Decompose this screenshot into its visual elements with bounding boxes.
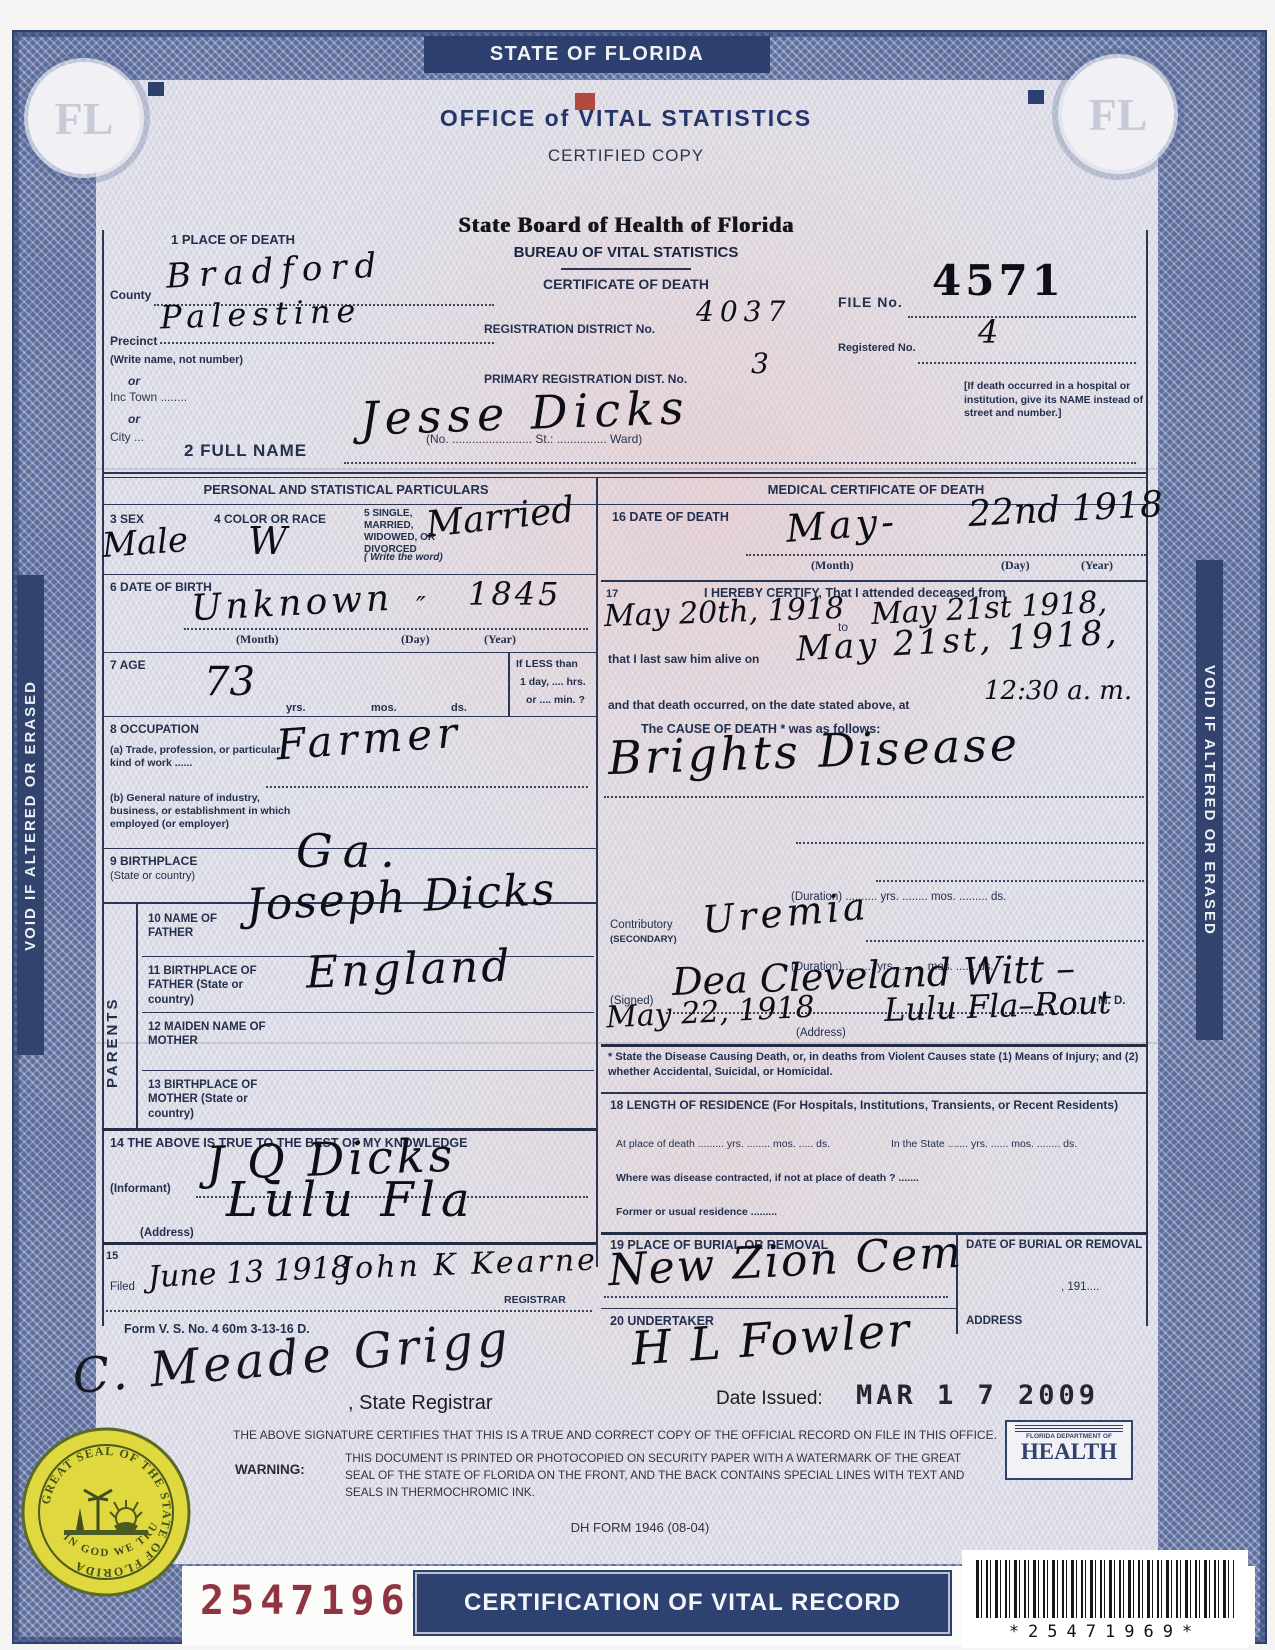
signed-row-line	[601, 1044, 1148, 1047]
date-of-death-line	[746, 554, 1146, 556]
warning-label: WARNING:	[235, 1462, 305, 1477]
full-name-line	[344, 462, 1136, 464]
less-than-line-2: 1 day, .... hrs.	[520, 676, 586, 689]
barcode-text: *25471969*	[962, 1622, 1248, 1642]
section-divider-1	[102, 472, 1148, 474]
barcode-icon	[976, 1560, 1234, 1618]
inc-town-label: Inc Town ........	[110, 390, 187, 405]
full-name-value: Jesse Dicks	[359, 384, 690, 441]
health-department-logo: FLORIDA DEPARTMENT OF HEALTH	[1005, 1420, 1133, 1480]
dob-cap-month: (Month)	[236, 632, 279, 647]
age-unit-yrs: yrs.	[286, 702, 306, 716]
footnote-row-line	[601, 1092, 1148, 1094]
marital-note: ( Write the word)	[364, 552, 443, 565]
birthplace-sub: (State or country)	[110, 870, 195, 884]
write-name-note: (Write name, not number)	[110, 354, 243, 368]
office-title: OFFICE of VITAL STATISTICS	[296, 104, 956, 133]
dob-cap-day: (Day)	[401, 632, 430, 647]
occupation-label: 8 OCCUPATION	[110, 722, 199, 737]
marital-value: Married	[425, 492, 577, 543]
void-band-left: VOID IF ALTERED OR ERASED	[17, 575, 44, 1055]
age-label: 7 AGE	[110, 658, 146, 673]
physician-address-value: Lulu Fla–Rout	[884, 986, 1112, 1026]
father-name-label: 10 NAME OF FATHER	[148, 912, 260, 941]
decorative-square-right	[1028, 90, 1044, 104]
birthplace-value: Ga.	[296, 828, 405, 874]
fold-crease-1	[96, 468, 1158, 470]
signed-date-value: May 22, 1918	[605, 993, 815, 1034]
contributory-label: Contributory	[610, 918, 673, 932]
father-name-value: Joseph Dicks	[245, 868, 557, 928]
informant-label: (Informant)	[110, 1182, 171, 1196]
document-number: 25471969	[200, 1578, 441, 1624]
occupation-a-label: (a) Trade, profession, or particular kin…	[110, 744, 282, 770]
bureau-title: BUREAU OF VITAL STATISTICS	[386, 244, 866, 263]
race-value: W	[248, 522, 287, 560]
registered-no-line	[918, 362, 1136, 364]
registrar-signature: John K Kearne	[340, 1246, 599, 1285]
last-saw-label: that I last saw him alive on	[608, 652, 759, 667]
fl-watermark-left-text: FL	[55, 92, 114, 145]
dob-year-value: 1845	[468, 578, 561, 610]
death-certificate-page: STATE OF FLORIDA VOID IF ALTERED OR ERAS…	[0, 0, 1275, 1650]
registration-district-value: 4037	[696, 298, 791, 326]
contributory-sub-label: (SECONDARY)	[610, 934, 677, 946]
void-band-right: VOID IF ALTERED OR ERASED	[1196, 560, 1223, 1040]
father-bp-line	[142, 1012, 594, 1013]
informant-address-value: Lulu Fla	[226, 1176, 476, 1224]
fl-watermark-left: FL	[28, 62, 140, 174]
length-of-residence-label: 18 LENGTH OF RESIDENCE (For Hospitals, I…	[610, 1098, 1145, 1113]
state-registrar-title: , State Registrar	[348, 1392, 493, 1415]
physician-address-label: (Address)	[796, 1026, 846, 1040]
primary-registration-value: 3	[751, 350, 769, 378]
attended-from-value: May 20th, 1918	[604, 594, 845, 632]
bureau-divider	[561, 268, 691, 270]
hospital-note: [If death occurred in a hospital or inst…	[964, 380, 1148, 421]
age-sub-divider	[508, 652, 510, 716]
dob-cap-year: (Year)	[484, 632, 516, 647]
column-divider	[596, 477, 598, 1267]
filed-line	[106, 1310, 592, 1312]
dob-month-value: Unknown	[190, 581, 394, 628]
date-of-death-month: May-	[785, 502, 899, 548]
sex-value: Male	[101, 523, 189, 563]
void-text-right: VOID IF ALTERED OR ERASED	[1201, 665, 1218, 936]
registered-no-value: 4	[978, 316, 998, 348]
great-seal-icon: GREAT SEAL OF THE STATE OF FLORIDA IN GO…	[20, 1426, 192, 1598]
mother-line	[142, 1070, 594, 1071]
registrar-label: REGISTRAR	[504, 1294, 566, 1307]
former-residence-label: Former or usual residence .........	[616, 1206, 777, 1219]
item-15-label: 15	[106, 1250, 118, 1264]
parents-label: PARENTS	[104, 922, 123, 1088]
section-divider-2	[102, 477, 1148, 478]
county-value: Bradford	[165, 248, 385, 293]
date-of-death-label: 16 DATE OF DEATH	[612, 510, 729, 526]
dh-form-number: DH FORM 1946 (08-04)	[480, 1520, 800, 1535]
fl-watermark-right: FL	[1062, 58, 1174, 170]
disease-contracted-label: Where was disease contracted, if not at …	[616, 1172, 1136, 1185]
filed-date-value: June 13 1918	[147, 1253, 350, 1294]
burial-date-label: DATE OF BURIAL OR REMOVAL	[966, 1238, 1142, 1252]
filed-label: Filed	[110, 1280, 135, 1294]
warning-text: THIS DOCUMENT IS PRINTED OR PHOTOCOPIED …	[345, 1450, 977, 1501]
county-label: County	[110, 288, 151, 303]
contributory-value: Uremia	[701, 887, 871, 939]
file-no-label: FILE No.	[838, 294, 903, 312]
precinct-label: Precinct	[110, 334, 157, 349]
place-of-death-label: 1 PLACE OF DEATH	[171, 232, 295, 248]
burial-line	[604, 1296, 948, 1298]
fl-watermark-right-text: FL	[1089, 88, 1148, 141]
state-banner-text: STATE OF FLORIDA	[490, 43, 704, 66]
certification-banner-text: CERTIFICATION OF VITAL RECORD	[464, 1589, 901, 1617]
dod-cap-month: (Month)	[811, 558, 854, 573]
in-state-label: In the State ....... yrs. ...... mos. ..…	[891, 1138, 1077, 1151]
certifies-statement: THE ABOVE SIGNATURE CERTIFIES THAT THIS …	[233, 1428, 1033, 1442]
or-label-2: or	[128, 412, 140, 427]
date-issued-label: Date Issued:	[716, 1388, 823, 1410]
father-birthplace-value: England	[305, 944, 513, 995]
void-text-left: VOID IF ALTERED OR ERASED	[22, 680, 39, 951]
cause-line-1	[604, 796, 1144, 798]
less-than-line-3: or .... min. ?	[526, 694, 585, 707]
certified-copy-label: CERTIFIED COPY	[296, 146, 956, 166]
cause-line-2	[796, 842, 1144, 844]
occupation-value: Farmer	[275, 712, 464, 767]
death-time-value: 12:30 a. m.	[984, 678, 1132, 704]
dod-row-line	[601, 580, 1148, 582]
parents-divider	[136, 902, 138, 1128]
certification-banner: CERTIFICATION OF VITAL RECORD	[415, 1572, 950, 1634]
or-label-1: or	[128, 374, 140, 389]
less-than-line-1: If LESS than	[516, 658, 578, 671]
date-of-death-day-year: 22nd 1918	[967, 487, 1164, 533]
health-dept-big-text: HEALTH	[1007, 1440, 1131, 1464]
certificate-of-death-title: CERTIFICATE OF DEATH	[386, 276, 866, 294]
logo-waves-icon	[1015, 1424, 1123, 1432]
informant-address-label: (Address)	[140, 1226, 194, 1240]
registration-district-label: REGISTRATION DISTRICT No.	[484, 322, 655, 337]
decorative-square-left	[148, 82, 164, 96]
form-left-border	[102, 230, 104, 1326]
dod-cap-day: (Day)	[1001, 558, 1030, 573]
father-birthplace-label: 11 BIRTHPLACE OF FATHER (State or countr…	[148, 964, 272, 1007]
state-banner: STATE OF FLORIDA	[424, 36, 770, 73]
precinct-value: Palestine	[160, 294, 362, 333]
occupation-b-label: (b) General nature of industry, business…	[110, 792, 296, 831]
full-name-label: 2 FULL NAME	[184, 440, 307, 461]
occupation-line	[266, 786, 588, 788]
violent-causes-footnote: * State the Disease Causing Death, or, i…	[608, 1050, 1146, 1080]
registered-no-label: Registered No.	[838, 342, 916, 356]
mother-birthplace-label: 13 BIRTHPLACE OF MOTHER (State or countr…	[148, 1078, 282, 1121]
dob-line	[184, 628, 588, 630]
cause-line-3	[876, 880, 1144, 882]
date-issued-stamp: MAR 1 7 2009	[856, 1380, 1099, 1411]
barcode-box: *25471969*	[962, 1550, 1248, 1648]
file-no-line	[908, 316, 1136, 318]
birthplace-label: 9 BIRTHPLACE	[110, 854, 197, 869]
decorative-square-red	[575, 93, 595, 110]
contributory-line	[866, 940, 1144, 942]
mother-name-label: 12 MAIDEN NAME OF MOTHER	[148, 1020, 272, 1049]
file-no-value: 4571	[932, 260, 1065, 302]
board-title: State Board of Health of Florida	[386, 212, 866, 238]
dod-cap-year: (Year)	[1081, 558, 1113, 573]
city-label: City ...	[110, 430, 144, 445]
death-occurred-label: and that death occurred, on the date sta…	[608, 698, 909, 713]
row-line-dob	[102, 652, 596, 653]
undertaker-address-label: ADDRESS	[966, 1314, 1022, 1328]
age-value: 73	[204, 662, 255, 702]
precinct-line	[160, 342, 494, 344]
dob-day-value: ″	[416, 594, 426, 620]
burial-date-suffix: , 191....	[1061, 1280, 1099, 1294]
cause-of-death-value: Brights Disease	[607, 721, 1020, 781]
at-place-label: At place of death ......... yrs. .......…	[616, 1138, 830, 1151]
